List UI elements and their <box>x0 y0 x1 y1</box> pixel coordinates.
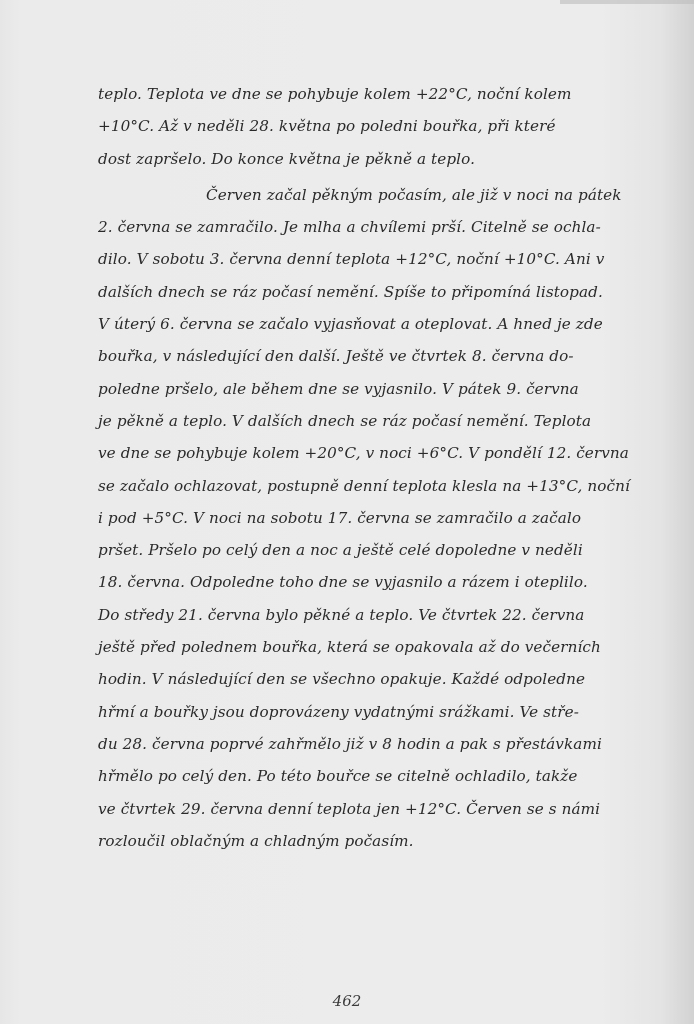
text-line: Červen začal pěkným počasím, ale již v n… <box>98 179 654 211</box>
text-line: ještě před polednem bouřka, která se opa… <box>98 631 654 663</box>
text-line: dilo. V sobotu 3. června denní teplota +… <box>98 243 654 275</box>
text-line: du 28. června poprvé zahřmělo již v 8 ho… <box>98 728 654 760</box>
text-line: +10°C. Až v neděli 28. května po poledni… <box>98 110 654 142</box>
text-line: poledne pršelo, ale během dne se vyjasni… <box>98 373 654 405</box>
text-line: ve dne se pohybuje kolem +20°C, v noci +… <box>98 437 654 469</box>
document-page: teplo. Teplota ve dne se pohybuje kolem … <box>0 0 694 1024</box>
text-line: hodin. V následující den se všechno opak… <box>98 663 654 695</box>
text-line: ve čtvrtek 29. června denní teplota jen … <box>98 793 654 825</box>
text-line: teplo. Teplota ve dne se pohybuje kolem … <box>98 78 654 110</box>
text-line: se začalo ochlazovat, postupně denní tep… <box>98 470 654 502</box>
text-line: je pěkně a teplo. V dalších dnech se ráz… <box>98 405 654 437</box>
scan-edge-shadow <box>560 0 694 4</box>
text-line: 2. června se zamračilo. Je mlha a chvíle… <box>98 211 654 243</box>
text-line: hřmí a bouřky jsou doprovázeny vydatnými… <box>98 696 654 728</box>
text-line: V úterý 6. června se začalo vyjasňovat a… <box>98 308 654 340</box>
text-line: bouřka, v následující den další. Ještě v… <box>98 340 654 372</box>
handwritten-text-body: teplo. Teplota ve dne se pohybuje kolem … <box>98 78 654 857</box>
text-line: pršet. Pršelo po celý den a noc a ještě … <box>98 534 654 566</box>
page-number: 462 <box>0 992 694 1010</box>
text-line: dalších dnech se ráz počasí nemění. Spíš… <box>98 276 654 308</box>
text-line: rozloučil oblačným a chladným počasím. <box>98 825 654 857</box>
text-line: dost zapršelo. Do konce května je pěkně … <box>98 143 654 175</box>
text-line: 18. června. Odpoledne toho dne se vyjasn… <box>98 566 654 598</box>
paragraph-1: teplo. Teplota ve dne se pohybuje kolem … <box>98 78 654 175</box>
text-line: hřmělo po celý den. Po této bouřce se ci… <box>98 760 654 792</box>
paragraph-2: Červen začal pěkným počasím, ale již v n… <box>98 179 654 857</box>
text-line: Do středy 21. června bylo pěkné a teplo.… <box>98 599 654 631</box>
text-line: i pod +5°C. V noci na sobotu 17. června … <box>98 502 654 534</box>
